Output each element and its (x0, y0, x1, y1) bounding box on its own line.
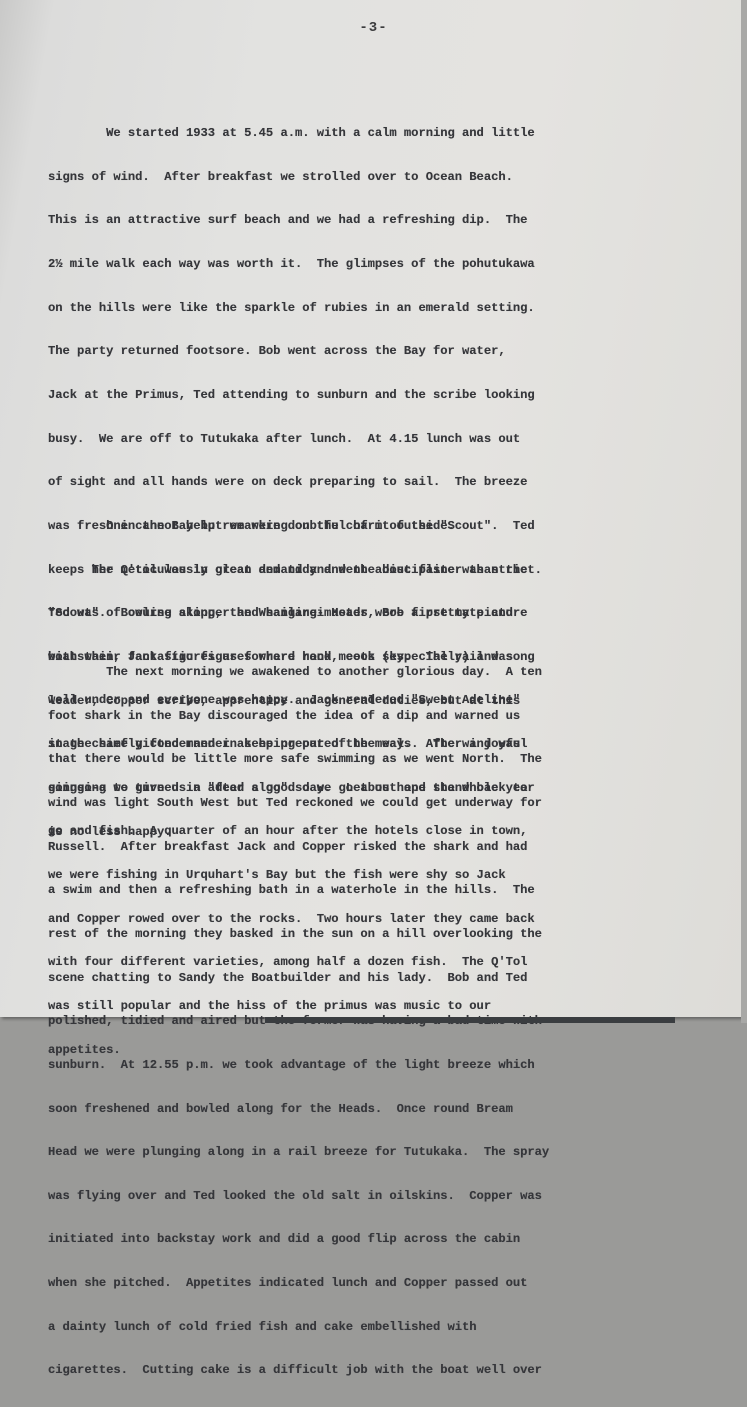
text-line: busy. We are off to Tutukaka after lunch… (48, 432, 738, 447)
text-line: The next morning we awakened to another … (48, 665, 738, 680)
text-line: on the hills were like the sparkle of ru… (48, 301, 738, 316)
text-line: rest of the morning they basked in the s… (48, 927, 738, 942)
page-edge-shadow (741, 0, 747, 1023)
text-line: This is an attractive surf beach and we … (48, 213, 738, 228)
text-line: Russell. After breakfast Jack and Copper… (48, 840, 738, 855)
text-line: Jack at the Primus, Ted attending to sun… (48, 388, 738, 403)
text-line: We started 1933 at 5.45 a.m. with a calm… (48, 126, 738, 141)
paragraph-3: The next morning we awakened to another … (48, 636, 738, 1023)
text-line: The party returned footsore. Bob went ac… (48, 344, 738, 359)
text-line: keeps her meticulously clean and tidy an… (48, 563, 738, 578)
text-line: a swim and then a refreshing bath in a w… (48, 883, 738, 898)
text-line: that there would be little more safe swi… (48, 752, 738, 767)
text-line: One cannot help remarking on the charm o… (48, 519, 738, 534)
background-surface (265, 1017, 675, 1023)
page-number: -3- (0, 20, 747, 36)
text-line: scene chatting to Sandy the Boatbuilder … (48, 971, 738, 986)
text-line: wind was light South West but Ted reckon… (48, 796, 738, 811)
text-line: 2½ mile walk each way was worth it. The … (48, 257, 738, 272)
text-line: Ted was of course skipper and sailing-ma… (48, 606, 738, 621)
text-line: of sight and all hands were on deck prep… (48, 475, 738, 490)
typed-page: -3- We started 1933 at 5.45 a.m. with a … (0, 0, 741, 1017)
text-line: foot shark in the Bay discouraged the id… (48, 709, 738, 724)
text-line: signs of wind. After breakfast we stroll… (48, 170, 738, 185)
